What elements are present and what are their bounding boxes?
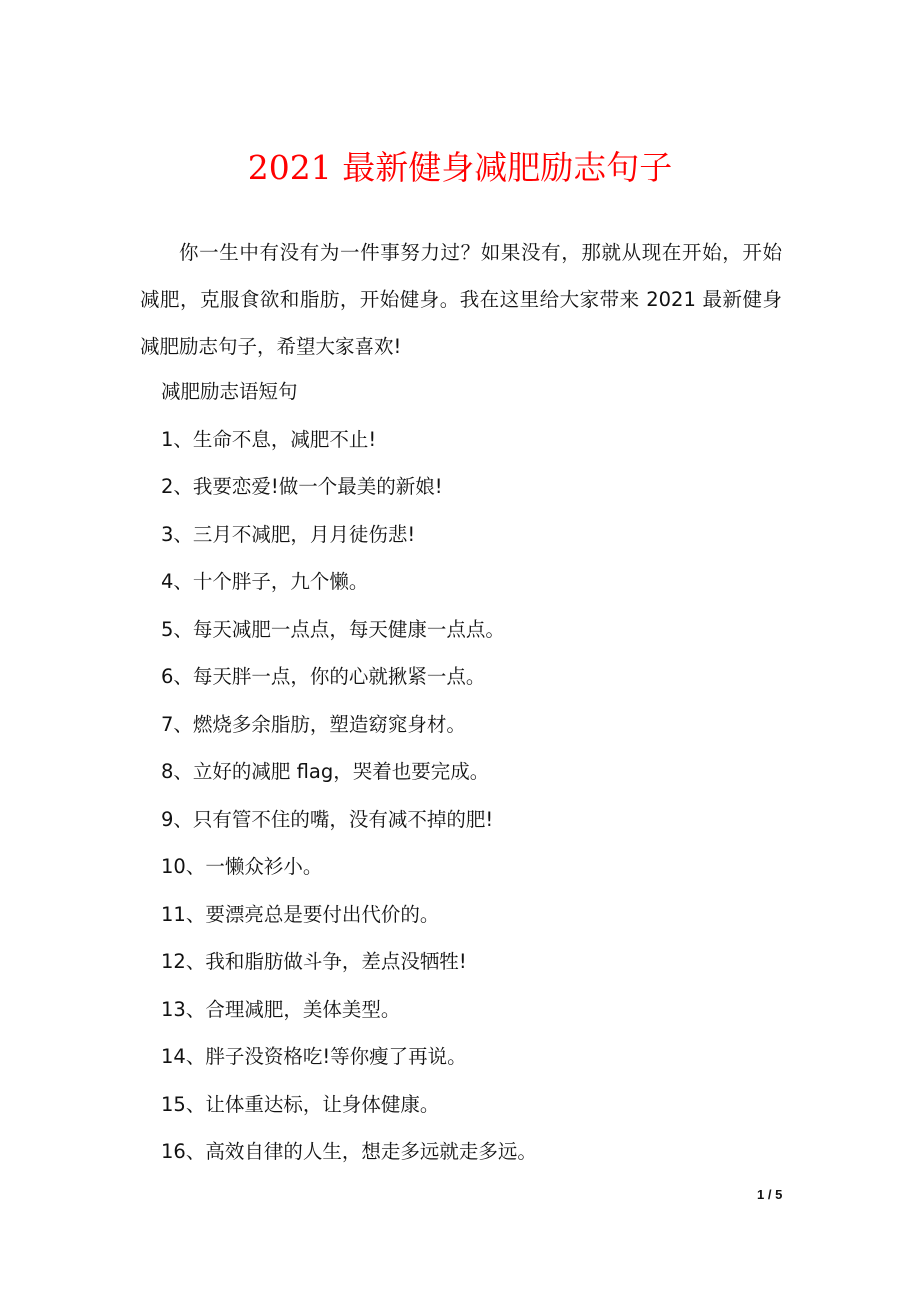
list-item: 9、只有管不住的嘴，没有减不掉的肥! bbox=[161, 796, 781, 844]
list-item: 16、高效自律的人生，想走多远就走多远。 bbox=[161, 1128, 781, 1176]
list-item: 2、我要恋爱!做一个最美的新娘! bbox=[161, 463, 781, 511]
list-item: 3、三月不减肥，月月徒伤悲! bbox=[161, 511, 781, 559]
list-item: 1、生命不息，减肥不止! bbox=[161, 416, 781, 464]
page-indicator: 1 / 5 bbox=[757, 1187, 782, 1202]
list-item: 8、立好的减肥 flag，哭着也要完成。 bbox=[161, 748, 781, 796]
list-item: 11、要漂亮总是要付出代价的。 bbox=[161, 891, 781, 939]
list-item: 15、让体重达标，让身体健康。 bbox=[161, 1081, 781, 1129]
section-heading: 减肥励志语短句 bbox=[161, 368, 781, 416]
document-page: 2021 最新健身减肥励志句子 你一生中有没有为一件事努力过？如果没有，那就从现… bbox=[0, 0, 920, 1302]
intro-paragraph: 你一生中有没有为一件事努力过？如果没有，那就从现在开始，开始减肥，克服食欲和脂肪… bbox=[140, 229, 782, 370]
list-item: 14、胖子没资格吃!等你瘦了再说。 bbox=[161, 1033, 781, 1081]
list-item: 6、每天胖一点，你的心就揪紧一点。 bbox=[161, 653, 781, 701]
list-item: 10、一懒众衫小。 bbox=[161, 843, 781, 891]
list-item: 12、我和脂肪做斗争，差点没牺牲! bbox=[161, 938, 781, 986]
list-item: 4、十个胖子，九个懒。 bbox=[161, 558, 781, 606]
document-title: 2021 最新健身减肥励志句子 bbox=[0, 143, 920, 193]
quote-list: 减肥励志语短句 1、生命不息，减肥不止! 2、我要恋爱!做一个最美的新娘! 3、… bbox=[161, 368, 781, 1176]
list-item: 5、每天减肥一点点，每天健康一点点。 bbox=[161, 606, 781, 654]
list-item: 13、合理减肥，美体美型。 bbox=[161, 986, 781, 1034]
list-item: 7、燃烧多余脂肪，塑造窈窕身材。 bbox=[161, 701, 781, 749]
